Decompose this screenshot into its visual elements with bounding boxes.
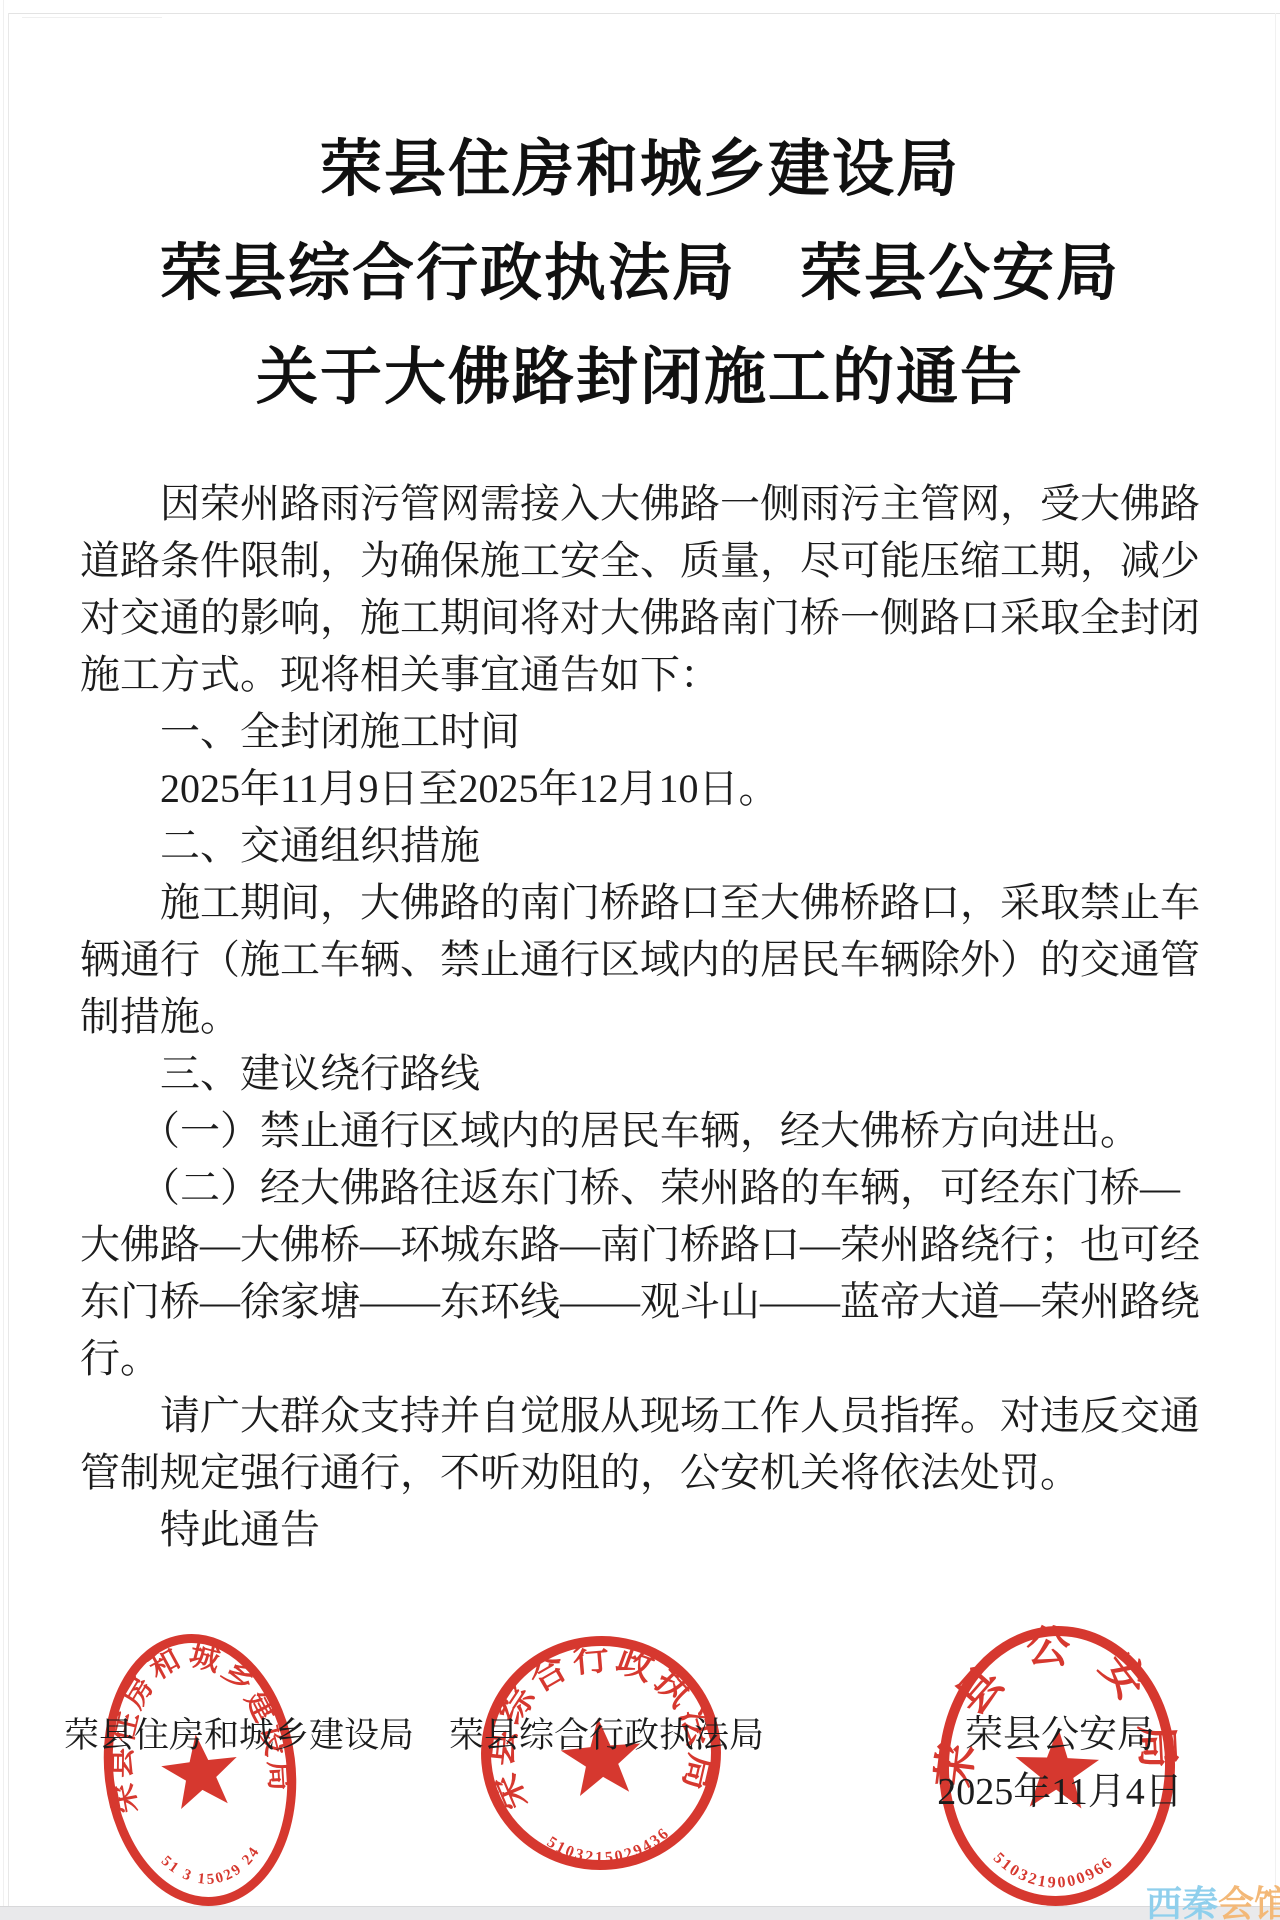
- body-line: 因荣州路雨污管网需接入大佛路一侧雨污主管网，受大佛路: [80, 475, 1200, 532]
- body-line: 大佛路—大佛桥—环城东路—南门桥路口—荣州路绕行；也可经: [80, 1216, 1200, 1273]
- title-line-1: 荣县住房和城乡建设局: [0, 118, 1280, 222]
- signature-left-orgs: 荣县住房和城乡建设局 荣县综合行政执法局: [64, 1714, 764, 1758]
- page-edge-top: [8, 13, 1280, 14]
- body-line: 请广大群众支持并自觉服从现场工作人员指挥。对违反交通: [80, 1387, 1200, 1444]
- body-line: 行。: [80, 1330, 1200, 1387]
- body-line: 特此通告: [80, 1501, 1200, 1558]
- body-line: 东门桥—徐家塘——东环线——观斗山——蓝帝大道—荣州路绕: [80, 1273, 1200, 1330]
- body-line-heading: 二、交通组织措施: [80, 817, 1200, 874]
- body-line: 对交通的影响，施工期间将对大佛路南门桥一侧路口采取全封闭: [80, 589, 1200, 646]
- seal-code: 5103215029436: [543, 1823, 676, 1872]
- body-line-heading: 一、全封闭施工时间: [80, 703, 1200, 760]
- notice-document: 荣县住房和城乡建设局 荣县综合行政执法局 荣县公安局 关于大佛路封闭施工的通告 …: [0, 0, 1280, 1920]
- title-line-3: 关于大佛路封闭施工的通告: [0, 326, 1280, 430]
- signature-right-block: 荣县公安局 2025年11月4日: [880, 1712, 1240, 1814]
- body-line: 道路条件限制，为确保施工安全、质量，尽可能压缩工期，减少: [80, 532, 1200, 589]
- official-seal-construction-bureau: 荣县住房和城乡建设局 51 3 15029 24: [83, 1617, 316, 1920]
- body-line: （二）经大佛路往返东门桥、荣州路的车辆，可经东门桥—: [80, 1159, 1200, 1216]
- notice-body: 因荣州路雨污管网需接入大佛路一侧雨污主管网，受大佛路 道路条件限制，为确保施工安…: [80, 475, 1200, 1558]
- watermark-part-1: 西秦: [1146, 1883, 1218, 1920]
- body-line-heading: 三、建议绕行路线: [80, 1045, 1200, 1102]
- body-line: （一）禁止通行区域内的居民车辆，经大佛桥方向进出。: [80, 1102, 1200, 1159]
- body-line: 制措施。: [80, 988, 1200, 1045]
- page-edge-top-inner: [22, 17, 162, 18]
- body-line: 2025年11月9日至2025年12月10日。: [80, 760, 1200, 817]
- title-line-2: 荣县综合行政执法局 荣县公安局: [0, 222, 1280, 326]
- body-line: 施工期间，大佛路的南门桥路口至大佛桥路口，采取禁止车: [80, 874, 1200, 931]
- watermark: 西秦会馆: [1146, 1876, 1280, 1920]
- watermark-part-2: 会馆: [1218, 1883, 1280, 1920]
- body-line: 辆通行（施工车辆、禁止通行区域内的居民车辆除外）的交通管: [80, 931, 1200, 988]
- body-line: 施工方式。现将相关事宜通告如下：: [80, 646, 1200, 703]
- signature-org-police: 荣县公安局: [880, 1712, 1240, 1758]
- svg-text:5103215029436: 5103215029436: [543, 1823, 676, 1872]
- signature-date: 2025年11月4日: [880, 1770, 1240, 1814]
- body-line: 管制规定强行通行，不听劝阻的，公安机关将依法处罚。: [80, 1444, 1200, 1501]
- notice-title-block: 荣县住房和城乡建设局 荣县综合行政执法局 荣县公安局 关于大佛路封闭施工的通告: [0, 118, 1280, 430]
